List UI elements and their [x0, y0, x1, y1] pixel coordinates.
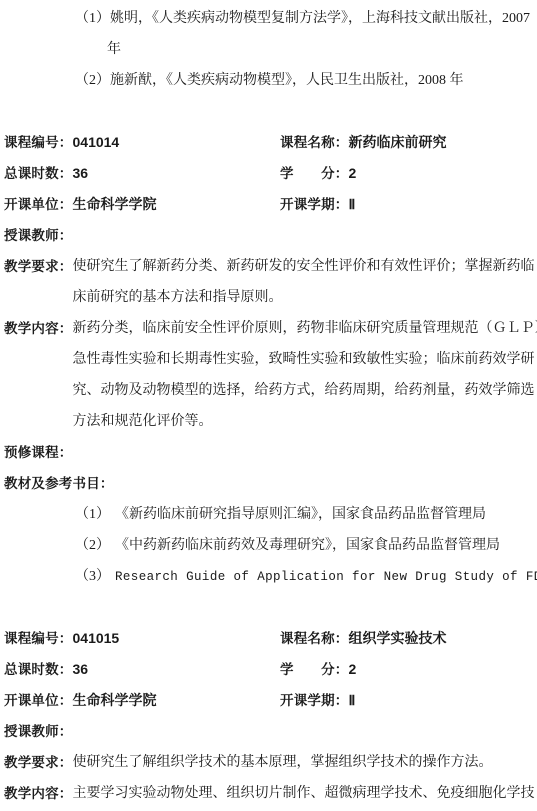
teacher-label: 授课教师：	[4, 228, 73, 243]
blank-line	[4, 96, 533, 127]
course-no-value: 041015	[73, 630, 120, 646]
text-line: 使研究生了解组织学技术的基本原理，掌握组织学技术的操作方法。	[73, 747, 534, 778]
unit-value: 生命科学学院	[73, 196, 157, 212]
requirements-label: 教学要求：	[4, 259, 73, 274]
teacher-row: 授课教师：	[4, 716, 533, 747]
book-reference: （2）《中药新药临床前药效及毒理研究》，国家食品药品监督管理局	[4, 530, 533, 561]
unit-label: 开课单位：	[4, 197, 73, 212]
course-header-row: 课程编号：041015 课程名称：组织学实验技术	[4, 623, 533, 654]
course-header-row: 开课单位：生命科学学院 开课学期：Ⅱ	[4, 685, 533, 716]
semester-label: 开课学期：	[280, 693, 349, 708]
credits-label: 学 分：	[280, 662, 349, 677]
teacher-row: 授课教师：	[4, 220, 533, 251]
course-no-label: 课程编号：	[4, 631, 73, 646]
requirements-row: 教学要求： 使研究生了解组织学技术的基本原理，掌握组织学技术的操作方法。	[4, 747, 533, 778]
semester-label: 开课学期：	[280, 197, 349, 212]
blank-line	[4, 592, 533, 623]
course-no-label: 课程编号：	[4, 135, 73, 150]
reference-line: （2）施新猷，《人类疾病动物模型》，人民卫生出版社，2008 年	[4, 65, 533, 96]
requirements-text: 使研究生了解组织学技术的基本原理，掌握组织学技术的操作方法。	[73, 747, 534, 778]
book-reference: （3）Research Guide of Application for New…	[4, 561, 533, 592]
requirements-text: 使研究生了解新药分类、新药研发的安全性评价和有效性评价；掌握新药临 床前研究的基…	[73, 251, 535, 313]
credits-field: 学 分：2	[280, 158, 533, 189]
content-label: 教学内容：	[4, 786, 73, 801]
text-line: 主要学习实验动物处理、组织切片制作、超微病理学技术、免疫细胞化学技	[73, 778, 535, 809]
reference-number: （2）	[75, 530, 115, 561]
reference-number: （1）	[75, 499, 115, 530]
text-line: 使研究生了解新药分类、新药研发的安全性评价和有效性评价；掌握新药临	[73, 251, 535, 282]
reference-text: 《中药新药临床前药效及毒理研究》，国家食品药品监督管理局	[115, 538, 500, 553]
total-hours-label: 总课时数：	[4, 662, 73, 677]
content-row: 教学内容： 主要学习实验动物处理、组织切片制作、超微病理学技术、免疫细胞化学技	[4, 778, 533, 809]
total-hours-value: 36	[73, 661, 89, 677]
reference-text: Research Guide of Application for New Dr…	[115, 570, 537, 584]
credits-label: 学 分：	[280, 166, 349, 181]
text-line: 急性毒性实验和长期毒性实验，致畸性实验和致敏性实验；临床前药效学研	[73, 344, 537, 375]
reference-text: 《新药临床前研究指导原则汇编》，国家食品药品监督管理局	[115, 507, 486, 522]
course-name-label: 课程名称：	[280, 631, 349, 646]
semester-value: Ⅱ	[349, 692, 356, 708]
requirements-label: 教学要求：	[4, 755, 73, 770]
reference-line: （1）姚明，《人类疾病动物模型复制方法学》，上海科技文献出版社，2007	[4, 3, 533, 34]
course-catalog-page: （1）姚明，《人类疾病动物模型复制方法学》，上海科技文献出版社，2007 年 （…	[0, 0, 537, 811]
course-no-value: 041014	[73, 134, 120, 150]
text-line: 方法和规范化评价等。	[73, 406, 537, 437]
semester-field: 开课学期：Ⅱ	[280, 685, 533, 716]
book-reference: （1）《新药临床前研究指导原则汇编》，国家食品药品监督管理局	[4, 499, 533, 530]
course-no-field: 课程编号：041014	[4, 127, 280, 158]
content-text: 新药分类，临床前安全性评价原则，药物非临床研究质量管理规范（ＧＬＰ）， 急性毒性…	[73, 313, 537, 437]
text-line: 新药分类，临床前安全性评价原则，药物非临床研究质量管理规范（ＧＬＰ），	[73, 313, 537, 344]
unit-field: 开课单位：生命科学学院	[4, 685, 280, 716]
content-row: 教学内容： 新药分类，临床前安全性评价原则，药物非临床研究质量管理规范（ＧＬＰ）…	[4, 313, 533, 437]
course-no-field: 课程编号：041015	[4, 623, 280, 654]
reference-line-continuation: 年	[4, 34, 533, 65]
total-hours-field: 总课时数：36	[4, 654, 280, 685]
course-name-value: 组织学实验技术	[349, 630, 447, 646]
content-label: 教学内容：	[4, 321, 73, 336]
text-line: 究、动物及动物模型的选择，给药方式，给药周期，给药剂量，药效学筛选	[73, 375, 537, 406]
text-line: 床前研究的基本方法和指导原则。	[73, 282, 535, 313]
textbooks-row: 教材及参考书目：	[4, 468, 533, 499]
total-hours-label: 总课时数：	[4, 166, 73, 181]
credits-field: 学 分：2	[280, 654, 533, 685]
requirements-row: 教学要求： 使研究生了解新药分类、新药研发的安全性评价和有效性评价；掌握新药临 …	[4, 251, 533, 313]
unit-value: 生命科学学院	[73, 692, 157, 708]
credits-value: 2	[349, 661, 357, 677]
total-hours-field: 总课时数：36	[4, 158, 280, 189]
course-name-field: 课程名称：组织学实验技术	[280, 623, 533, 654]
content-text: 主要学习实验动物处理、组织切片制作、超微病理学技术、免疫细胞化学技	[73, 778, 535, 809]
course-header-row: 课程编号：041014 课程名称：新药临床前研究	[4, 127, 533, 158]
course-header-row: 总课时数：36 学 分：2	[4, 158, 533, 189]
prerequisites-label: 预修课程：	[4, 445, 73, 460]
unit-label: 开课单位：	[4, 693, 73, 708]
semester-field: 开课学期：Ⅱ	[280, 189, 533, 220]
course-header-row: 开课单位：生命科学学院 开课学期：Ⅱ	[4, 189, 533, 220]
teacher-label: 授课教师：	[4, 724, 73, 739]
course-name-field: 课程名称：新药临床前研究	[280, 127, 533, 158]
credits-value: 2	[349, 165, 357, 181]
total-hours-value: 36	[73, 165, 89, 181]
unit-field: 开课单位：生命科学学院	[4, 189, 280, 220]
course-name-label: 课程名称：	[280, 135, 349, 150]
prerequisites-row: 预修课程：	[4, 437, 533, 468]
course-name-value: 新药临床前研究	[349, 134, 447, 150]
course-header-row: 总课时数：36 学 分：2	[4, 654, 533, 685]
semester-value: Ⅱ	[349, 196, 356, 212]
reference-number: （3）	[75, 561, 115, 592]
textbooks-label: 教材及参考书目：	[4, 476, 114, 491]
